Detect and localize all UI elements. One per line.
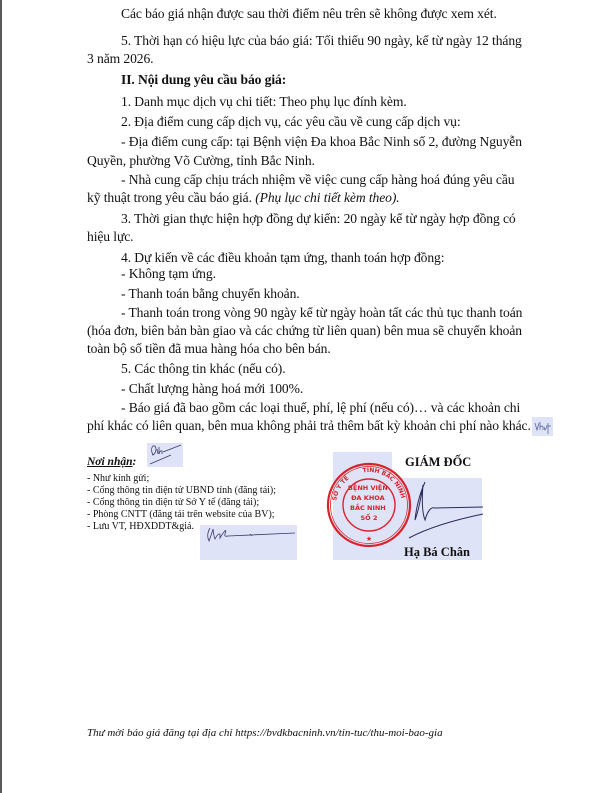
stamp-line-3: BẮC NINH xyxy=(350,502,386,512)
svg-text:BỆNH VIỆN ĐA KHOA BẮC: BỆNH VIỆN ĐA KHOA BẮC NINH SỐ 2 xyxy=(348,483,390,522)
bullet-payment-window: - Thanh toán trong vòng 90 ngày kể từ ng… xyxy=(121,305,522,321)
bullet-payment-window-cont2: toàn bộ số tiền đã mua hàng hóa cho bên … xyxy=(87,341,331,357)
bullet-location: - Địa điểm cung cấp: tại Bệnh viện Đa kh… xyxy=(121,134,522,150)
paragraph-validity: 5. Thời hạn có hiệu lực của báo giá: Tối… xyxy=(121,33,522,49)
page-left-border xyxy=(0,0,2,793)
appendix-note: (Phụ lục chi tiết kèm theo). xyxy=(255,190,399,205)
recipients-signature-icon xyxy=(147,443,183,467)
bullet-taxes-included: - Báo giá đã bao gồm các loại thuế, phí,… xyxy=(121,400,520,416)
recipient-item: - Cổng thông tin điện tử UBND tỉnh (đăng… xyxy=(87,485,276,497)
section-heading-2: II. Nội dung yêu cầu báo giá: xyxy=(121,72,286,88)
signer-position: GIÁM ĐỐC xyxy=(405,455,471,470)
item-service-list: 1. Danh mục dịch vụ chi tiết: Theo phụ l… xyxy=(121,94,407,110)
initial-signature-icon xyxy=(532,417,553,436)
footer-note: Thư mời báo giá đăng tại địa chỉ https:/… xyxy=(87,727,443,739)
official-stamp-icon: BỆNH VIỆN ĐA KHOA BẮC NINH SỐ 2 TỈNH BẮC… xyxy=(326,462,412,548)
bullet-supplier-responsibility-cont: kỹ thuật trong yêu cầu báo giá. (Phụ lục… xyxy=(87,190,400,206)
bullet-no-advance: - Không tạm ứng. xyxy=(121,266,216,282)
stamp-line-2: ĐA KHOA xyxy=(351,494,385,502)
recipients-title: Nơi nhận xyxy=(87,456,132,468)
item-contract-duration-cont: hiệu lực. xyxy=(87,229,133,245)
item-location-requirements: 2. Địa điểm cung cấp dịch vụ, các yêu cầ… xyxy=(121,114,461,130)
recipient-item: - Như kính gửi; xyxy=(87,473,149,485)
archive-signature-icon xyxy=(200,525,297,560)
bullet-payment-window-cont1: (hóa đơn, biên bản bàn giao và các chứng… xyxy=(87,323,522,339)
bullet-taxes-included-cont: phí khác có liên quan, bên mua không phả… xyxy=(87,418,531,434)
recipients-colon: : xyxy=(132,456,136,468)
bullet-location-cont: Quyền, phường Võ Cường, tỉnh Bắc Ninh. xyxy=(87,153,315,169)
item-contract-duration: 3. Thời gian thực hiện hợp đồng dự kiến:… xyxy=(121,211,516,227)
responsibility-text: kỹ thuật trong yêu cầu báo giá. xyxy=(87,190,255,205)
item-payment-terms: 4. Dự kiến về các điều khoản tạm ứng, th… xyxy=(121,250,444,266)
svg-text:★: ★ xyxy=(366,535,372,543)
recipient-item: - Phòng CNTT (đăng tải trên website của … xyxy=(87,509,275,521)
paragraph-late-quotes: Các báo giá nhận được sau thời điểm nêu … xyxy=(121,6,497,22)
bullet-bank-transfer: - Thanh toán bằng chuyển khoản. xyxy=(121,286,300,302)
item-other-info: 5. Các thông tin khác (nếu có). xyxy=(121,361,286,377)
stamp-line-1: BỆNH VIỆN xyxy=(348,483,388,492)
stamp-line-4: SỐ 2 xyxy=(361,512,378,522)
bullet-quality: - Chất lượng hàng hoá mới 100%. xyxy=(121,381,303,397)
paragraph-validity-cont: 3 năm 2026. xyxy=(87,51,153,67)
recipients-heading: Nơi nhận: xyxy=(87,456,136,468)
bullet-supplier-responsibility: - Nhà cung cấp chịu trách nhiệm về việc … xyxy=(121,172,514,188)
recipient-item: - Lưu VT, HĐXDDT&giá. xyxy=(87,521,194,533)
recipient-item: - Cổng thông tin điện tử Sở Y tế (đăng t… xyxy=(87,497,259,509)
signer-name: Hạ Bá Chân xyxy=(404,545,470,560)
